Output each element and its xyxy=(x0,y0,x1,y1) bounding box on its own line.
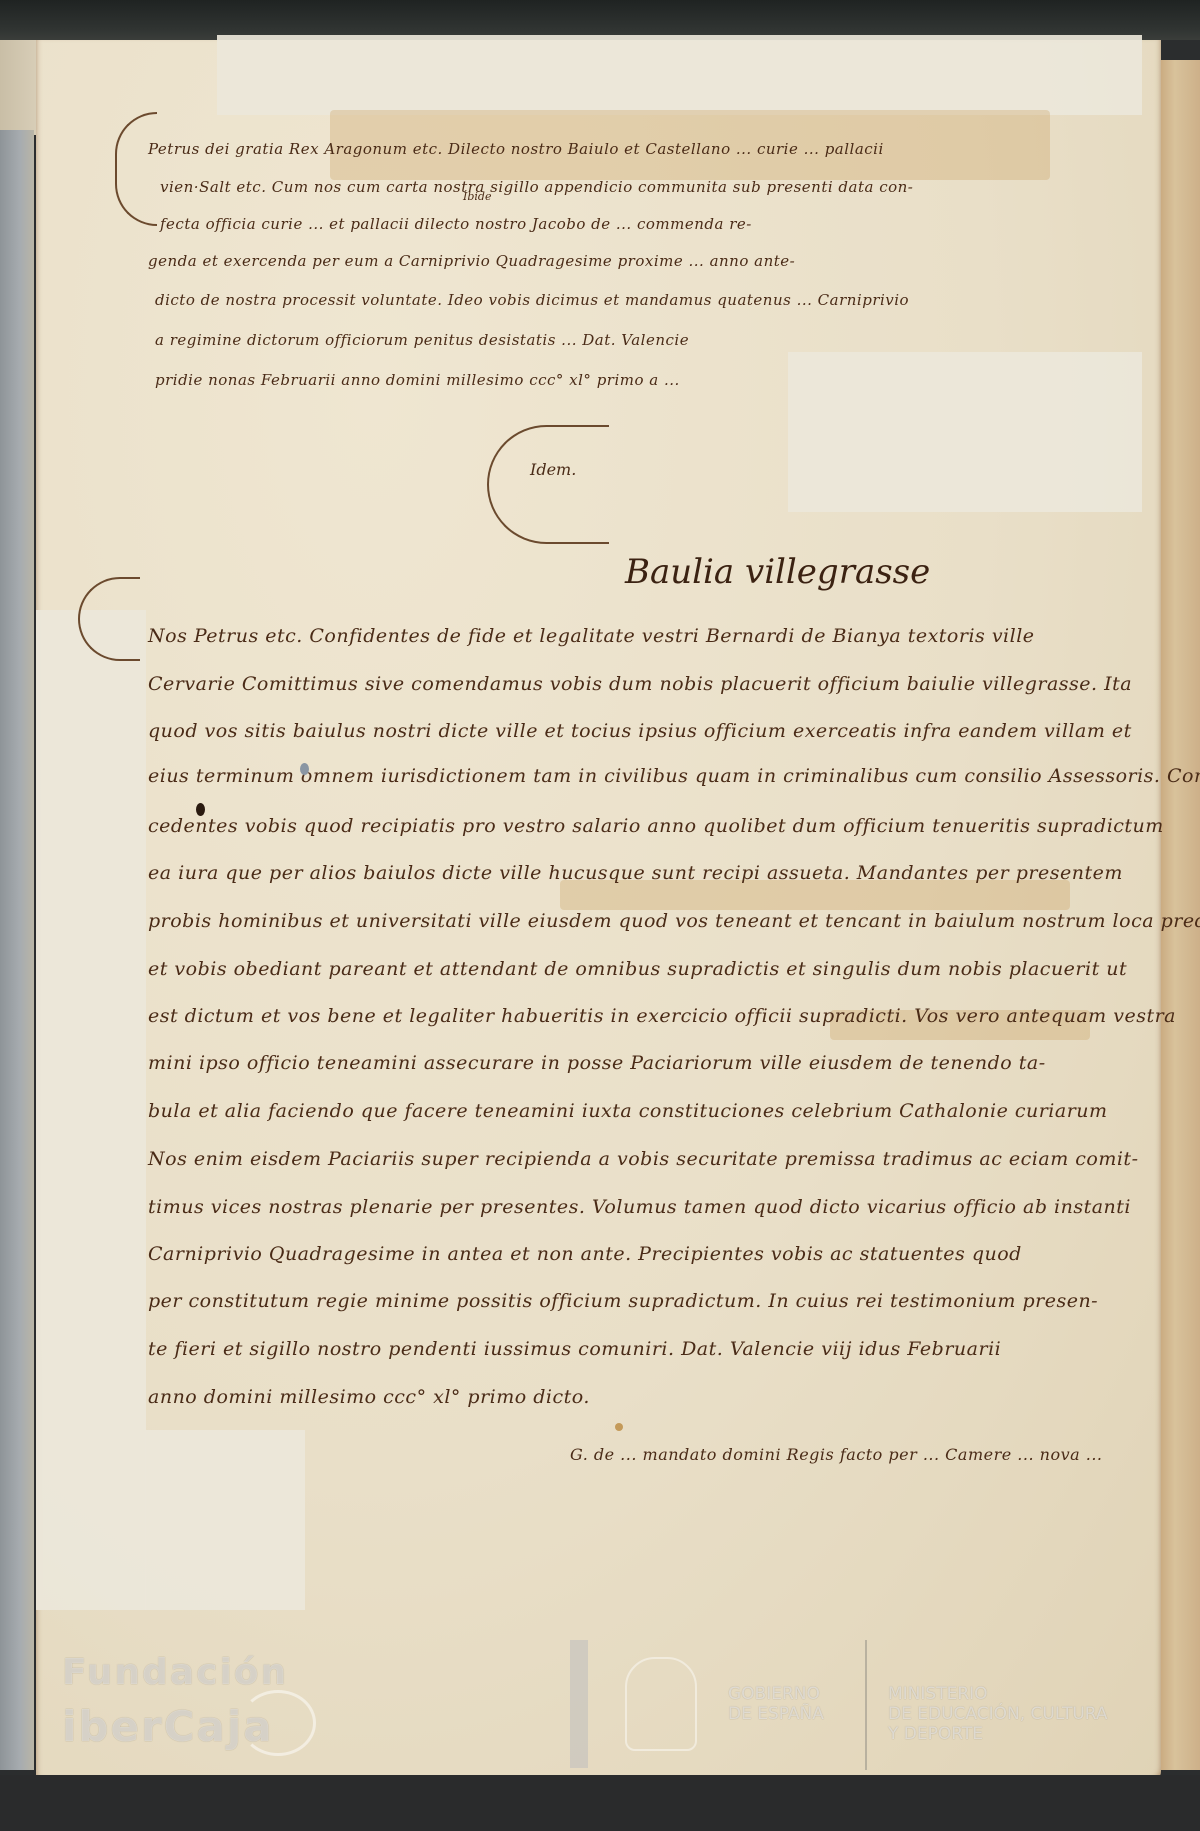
idem-bracket xyxy=(487,425,609,544)
manuscript-line: et vobis obediant pareant et attendant d… xyxy=(148,958,1127,980)
manuscript-line: bula et alia faciendo que facere teneami… xyxy=(148,1100,1108,1122)
ink-blot xyxy=(300,763,309,775)
left-board-corner xyxy=(0,40,40,135)
repair-patch-bottom xyxy=(145,1430,305,1610)
manuscript-line: Cervarie Comittimus sive comendamus vobi… xyxy=(148,673,1132,695)
watermark-ministerio: MINISTERIO DE EDUCACIÓN, CULTURA Y DEPOR… xyxy=(888,1684,1108,1744)
manuscript-line: fecta officia curie ... et pallacii dile… xyxy=(160,215,752,233)
manuscript-line: cedentes vobis quod recipiatis pro vestr… xyxy=(148,815,1164,837)
ministerio-line-3: Y DEPORTE xyxy=(888,1724,1108,1744)
manuscript-line: vien·Salt etc. Cum nos cum carta nostra … xyxy=(160,178,913,196)
manuscript-line: Nos Petrus etc. Confidentes de fide et l… xyxy=(148,625,1035,647)
manuscript-line: per constitutum regie minime possitis of… xyxy=(148,1290,1098,1312)
manuscript-line: mini ipso officio teneamini assecurare i… xyxy=(148,1052,1046,1074)
ministerio-line-1: MINISTERIO xyxy=(888,1684,1108,1704)
book-binding-bottom xyxy=(0,1775,1200,1831)
repair-patch-right xyxy=(788,352,1142,512)
manuscript-line: Carniprivio Quadragesime in antea et non… xyxy=(148,1243,1022,1265)
ink-blot xyxy=(196,803,205,816)
spain-flag-stripe-icon xyxy=(570,1640,588,1768)
watermark-fundacion: Fundación xyxy=(62,1652,288,1693)
manuscript-line: Petrus dei gratia Rex Aragonum etc. Dile… xyxy=(148,140,884,158)
entry-heading: Baulia villegrasse xyxy=(625,552,930,592)
manuscript-line: timus vices nostras plenarie per present… xyxy=(148,1196,1131,1218)
interlinear-note: Ibide xyxy=(463,190,491,203)
book-binding-top xyxy=(0,0,1200,40)
manuscript-line: a regimine dictorum officiorum penitus d… xyxy=(155,331,689,349)
manuscript-line: anno domini millesimo ccc° xl° primo dic… xyxy=(148,1386,590,1408)
ibercaja-logo-icon xyxy=(240,1690,316,1756)
manuscript-line: dicto de nostra processit voluntate. Ide… xyxy=(155,291,909,309)
manuscript-line: te fieri et sigillo nostro pendenti iuss… xyxy=(148,1338,1001,1360)
manuscript-line: Nos enim eisdem Paciariis super recipien… xyxy=(148,1148,1139,1170)
repair-patch-left xyxy=(36,610,146,1610)
gobierno-line-1: GOBIERNO xyxy=(728,1684,824,1704)
ministerio-line-2: DE EDUCACIÓN, CULTURA xyxy=(888,1704,1108,1724)
manuscript-line: ea iura que per alios baiulos dicte vill… xyxy=(148,862,1123,884)
idem-note: Idem. xyxy=(530,460,576,479)
manuscript-line: genda et exercenda per eum a Carniprivio… xyxy=(148,252,795,270)
repair-patch-top xyxy=(217,35,1142,115)
manuscript-line: pridie nonas Februarii anno domini mille… xyxy=(155,371,680,389)
watermark-gobierno: GOBIERNO DE ESPAÑA xyxy=(728,1684,824,1724)
left-cover-board xyxy=(0,130,34,1770)
water-stain xyxy=(560,880,1070,910)
spain-coat-of-arms-icon xyxy=(625,1657,697,1751)
manuscript-line: est dictum et vos bene et legaliter habu… xyxy=(148,1005,1176,1027)
manuscript-line: quod vos sitis baiulus nostri dicte vill… xyxy=(148,720,1132,742)
watermark-divider xyxy=(865,1640,867,1770)
ink-blot xyxy=(615,1423,623,1431)
manuscript-line: probis hominibus et universitati ville e… xyxy=(148,910,1200,932)
subscription-line: G. de ... mandato domini Regis facto per… xyxy=(570,1445,1103,1464)
gobierno-line-2: DE ESPAÑA xyxy=(728,1704,824,1724)
